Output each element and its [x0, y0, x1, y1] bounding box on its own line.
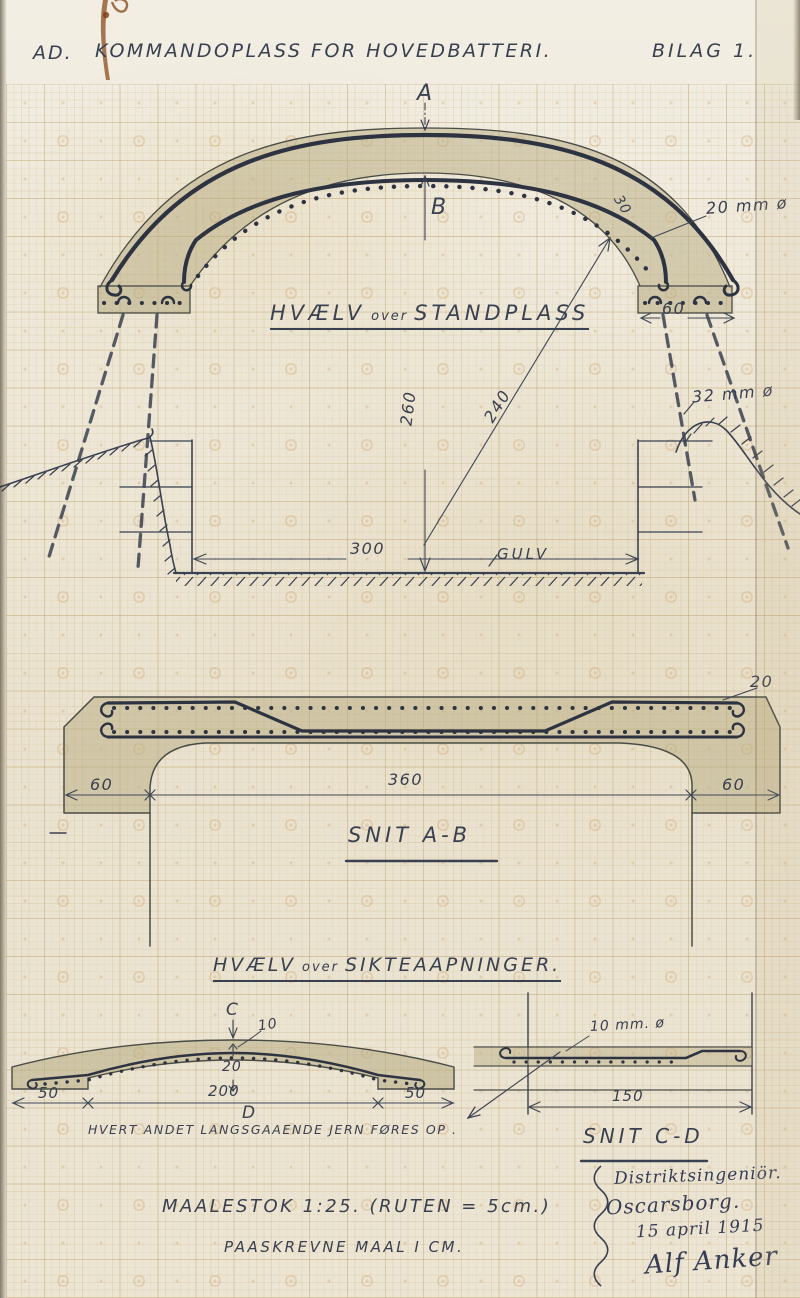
haunch-width-label: 60	[662, 301, 685, 318]
dim-50-right: 50	[405, 1086, 426, 1102]
title-word-over-2: over	[296, 960, 345, 975]
thickness-20-label: 20	[222, 1060, 242, 1075]
scale-note: MAALESTOK 1:25. (RUTEN = 5cm.)	[162, 1198, 551, 1217]
arch-concrete-wash	[100, 128, 730, 287]
main-arch-section	[0, 103, 800, 586]
left-slope-hatching	[2, 440, 142, 491]
title-prefix: AD.	[33, 44, 73, 64]
units-note: PAASKREVNE MAAL I CM.	[224, 1240, 464, 1256]
span-300-label: 300	[350, 541, 385, 558]
drawing-sheet: AD. KOMMANDOPLASS FOR HOVEDBATTERI. BILA…	[0, 0, 800, 1298]
section-marker-a: A	[417, 82, 434, 105]
paper-corner-shadow	[793, 0, 800, 120]
ab-dim-360: 360	[388, 772, 423, 789]
annex-label: BILAG 1.	[652, 42, 757, 62]
bent-bar-note: HVERT ANDET LANGSGAAENDE JERN FØRES OP .	[88, 1123, 458, 1136]
dim-200: 200	[208, 1084, 240, 1100]
section-marker-c: C	[226, 1002, 240, 1020]
drawing-linework	[0, 0, 800, 1298]
title-word-sikteaapninger: SIKTEAAPNINGER.	[345, 954, 561, 976]
snit-ab-title: SNIT A-B	[348, 824, 471, 846]
signature-brace	[594, 1166, 608, 1286]
ab-dim-60-left: 60	[90, 777, 113, 794]
dim-50-left: 50	[38, 1086, 59, 1102]
page-title: KOMMANDOPLASS FOR HOVEDBATTERI.	[95, 42, 552, 62]
small-vault-title: HVÆLVoverSIKTEAAPNINGER.	[213, 956, 561, 982]
floor-label: GULV	[497, 547, 549, 563]
ab-dim-60-right: 60	[722, 777, 745, 794]
section-marker-d: D	[242, 1105, 257, 1123]
cover-10-label: 10	[257, 1017, 279, 1034]
main-section-title: HVÆLVoverSTANDPLASS	[270, 302, 589, 330]
title-word-hvaelv-2: HVÆLV	[213, 954, 296, 976]
title-word-over: over	[365, 309, 414, 324]
title-word-standplass: STANDPLASS	[414, 301, 589, 325]
title-word-hvaelv: HVÆLV	[270, 301, 365, 325]
paper-left-edge	[0, 0, 7, 1298]
section-marker-b: B	[431, 196, 448, 219]
snit-cd-title: SNIT C-D	[583, 1126, 704, 1147]
cd-span-150: 150	[612, 1089, 644, 1105]
snit-ab-section	[50, 688, 780, 946]
paper-fold-shade	[757, 0, 800, 1298]
